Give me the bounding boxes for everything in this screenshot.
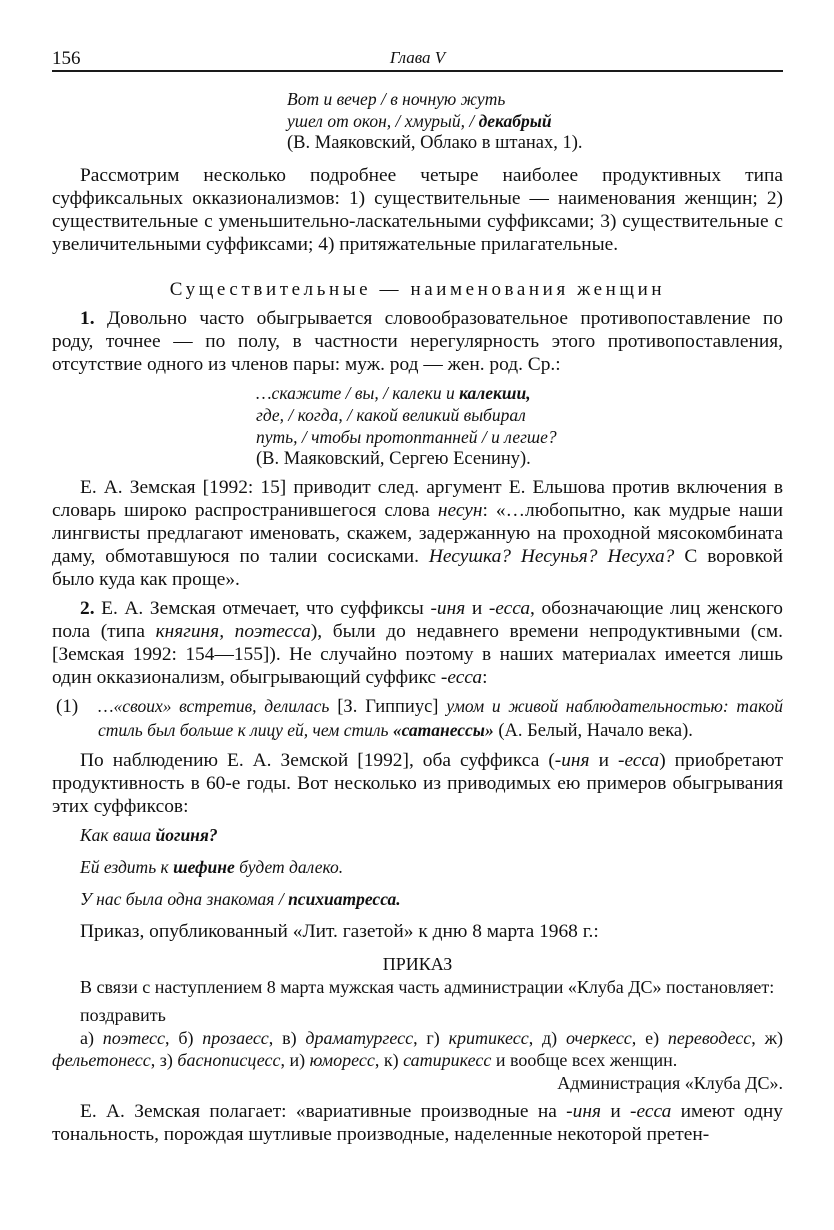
- running-header: 156 Глава V: [52, 46, 783, 72]
- example-line: Ей ездить к шефине будет далеко.: [80, 856, 783, 878]
- highlighted-word: калекши,: [459, 383, 531, 403]
- point-number: 2.: [80, 598, 95, 619]
- order-text: В связи с наступлением 8 марта мужская ч…: [52, 976, 783, 999]
- order-signature: Администрация «Клуба ДС».: [52, 1072, 783, 1095]
- point-number: 1.: [80, 308, 95, 329]
- verse-line: ушел от окон, / хмурый, / декабрый: [287, 110, 783, 132]
- order-congratulate: поздравить: [52, 1004, 783, 1027]
- verse-quote-mayakovsky-1: Вот и вечер / в ночную жуть ушел от окон…: [287, 88, 783, 154]
- point-1-paragraph: 1. Довольно часто обыгрывается словообра…: [52, 307, 783, 376]
- verse-line: где, / когда, / какой великий выбирал: [256, 404, 783, 426]
- final-paragraph: Е. А. Земская полагает: «вариативные про…: [52, 1100, 783, 1146]
- example-text: …«своих» встретив, делилась [З. Гиппиус]…: [98, 695, 783, 743]
- example-line: Как ваша йогиня?: [80, 824, 783, 846]
- intro-paragraph: Рассмотрим несколько подробнее четыре на…: [52, 164, 783, 256]
- verse-line: путь, / чтобы протоптанней / и легше?: [256, 426, 783, 448]
- section-heading: Существительные — наименования женщин: [52, 278, 783, 301]
- verse-source: (В. Маяковский, Сергею Есенину).: [256, 448, 783, 470]
- example-line: У нас была одна знакомая / психиатресса.: [80, 888, 783, 910]
- verse-line: …скажите / вы, / калеки и калекши,: [256, 382, 783, 404]
- order-block: ПРИКАЗ В связи с наступлением 8 марта му…: [52, 953, 783, 1094]
- order-title: ПРИКАЗ: [52, 953, 783, 976]
- zemskaya-argument-paragraph: Е. А. Земская [1992: 15] приводит след. …: [52, 476, 783, 591]
- verse-line: Вот и вечер / в ночную жуть: [287, 88, 783, 110]
- page-content: Вот и вечер / в ночную жуть ушел от окон…: [52, 88, 783, 1146]
- highlighted-word: «сатанессы»: [393, 720, 494, 740]
- observation-paragraph: По наблюдению Е. А. Земской [1992], оба …: [52, 749, 783, 818]
- chapter-title: Глава V: [52, 48, 783, 68]
- numbered-example-1: (1) …«своих» встретив, делилась [З. Гипп…: [52, 695, 783, 743]
- verse-quote-mayakovsky-2: …скажите / вы, / калеки и калекши, где, …: [256, 382, 783, 470]
- example-number: (1): [56, 695, 78, 718]
- order-list: а) поэтесс, б) прозаесс, в) драматургесс…: [52, 1027, 783, 1072]
- highlighted-word: декабрый: [479, 111, 552, 131]
- order-intro-paragraph: Приказ, опубликованный «Лит. газетой» к …: [52, 920, 783, 943]
- point-2-paragraph: 2. Е. А. Земская отмечает, что суффиксы …: [52, 597, 783, 689]
- verse-source: (В. Маяковский, Облако в штанах, 1).: [287, 132, 783, 154]
